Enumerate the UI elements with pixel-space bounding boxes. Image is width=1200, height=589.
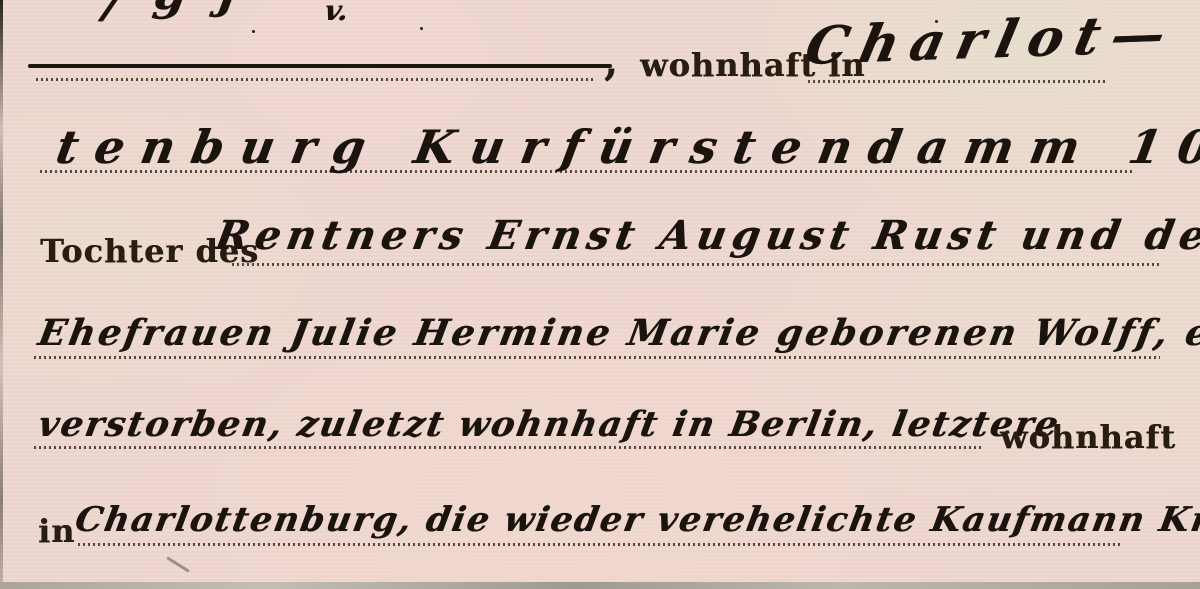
ink-speck xyxy=(252,30,255,33)
printed-form-text-wohnhaft: wohnhaft xyxy=(1000,418,1176,456)
cutoff-stroke-fragment: j xyxy=(216,0,242,18)
dotted-baseline xyxy=(34,446,984,449)
dotted-baseline xyxy=(78,543,1120,546)
scan-edge-bottom xyxy=(0,582,1200,589)
printed-form-text-in: in xyxy=(38,512,75,550)
handwritten-entry-remarried-kressmann: Charlottenburg, die wieder verehelichte … xyxy=(72,500,1200,540)
paper-scratch-mark xyxy=(166,556,190,572)
dotted-baseline xyxy=(34,356,1160,359)
cutoff-stroke-fragment: v. xyxy=(322,0,351,27)
dotted-baseline xyxy=(232,263,1160,266)
handwritten-entry-mother: Ehefrauen Julie Hermine Marie geborenen … xyxy=(35,312,1200,354)
scan-edge-left xyxy=(0,0,3,589)
dotted-baseline xyxy=(36,78,596,81)
printed-comma: , xyxy=(604,38,619,85)
handwritten-entry-deceased-residence: verstorben, zuletzt wohnhaft in Berlin, … xyxy=(35,404,1063,445)
dotted-baseline xyxy=(808,80,1108,83)
cutoff-stroke-fragment: g xyxy=(150,0,192,20)
blank-fill-rule xyxy=(28,64,612,68)
ink-speck xyxy=(420,27,423,30)
handwritten-entry-father: Rentners Ernst August Rust und dessen xyxy=(212,212,1200,259)
document-scan-page: / g j v. , wohnhaft in Charlot— tenburg … xyxy=(0,0,1200,589)
handwritten-entry-residence-start: Charlot— xyxy=(800,3,1183,77)
handwritten-entry-address: tenburg Kurfürstendamm 10, xyxy=(52,120,1200,174)
cutoff-stroke-fragment: / xyxy=(100,0,126,28)
